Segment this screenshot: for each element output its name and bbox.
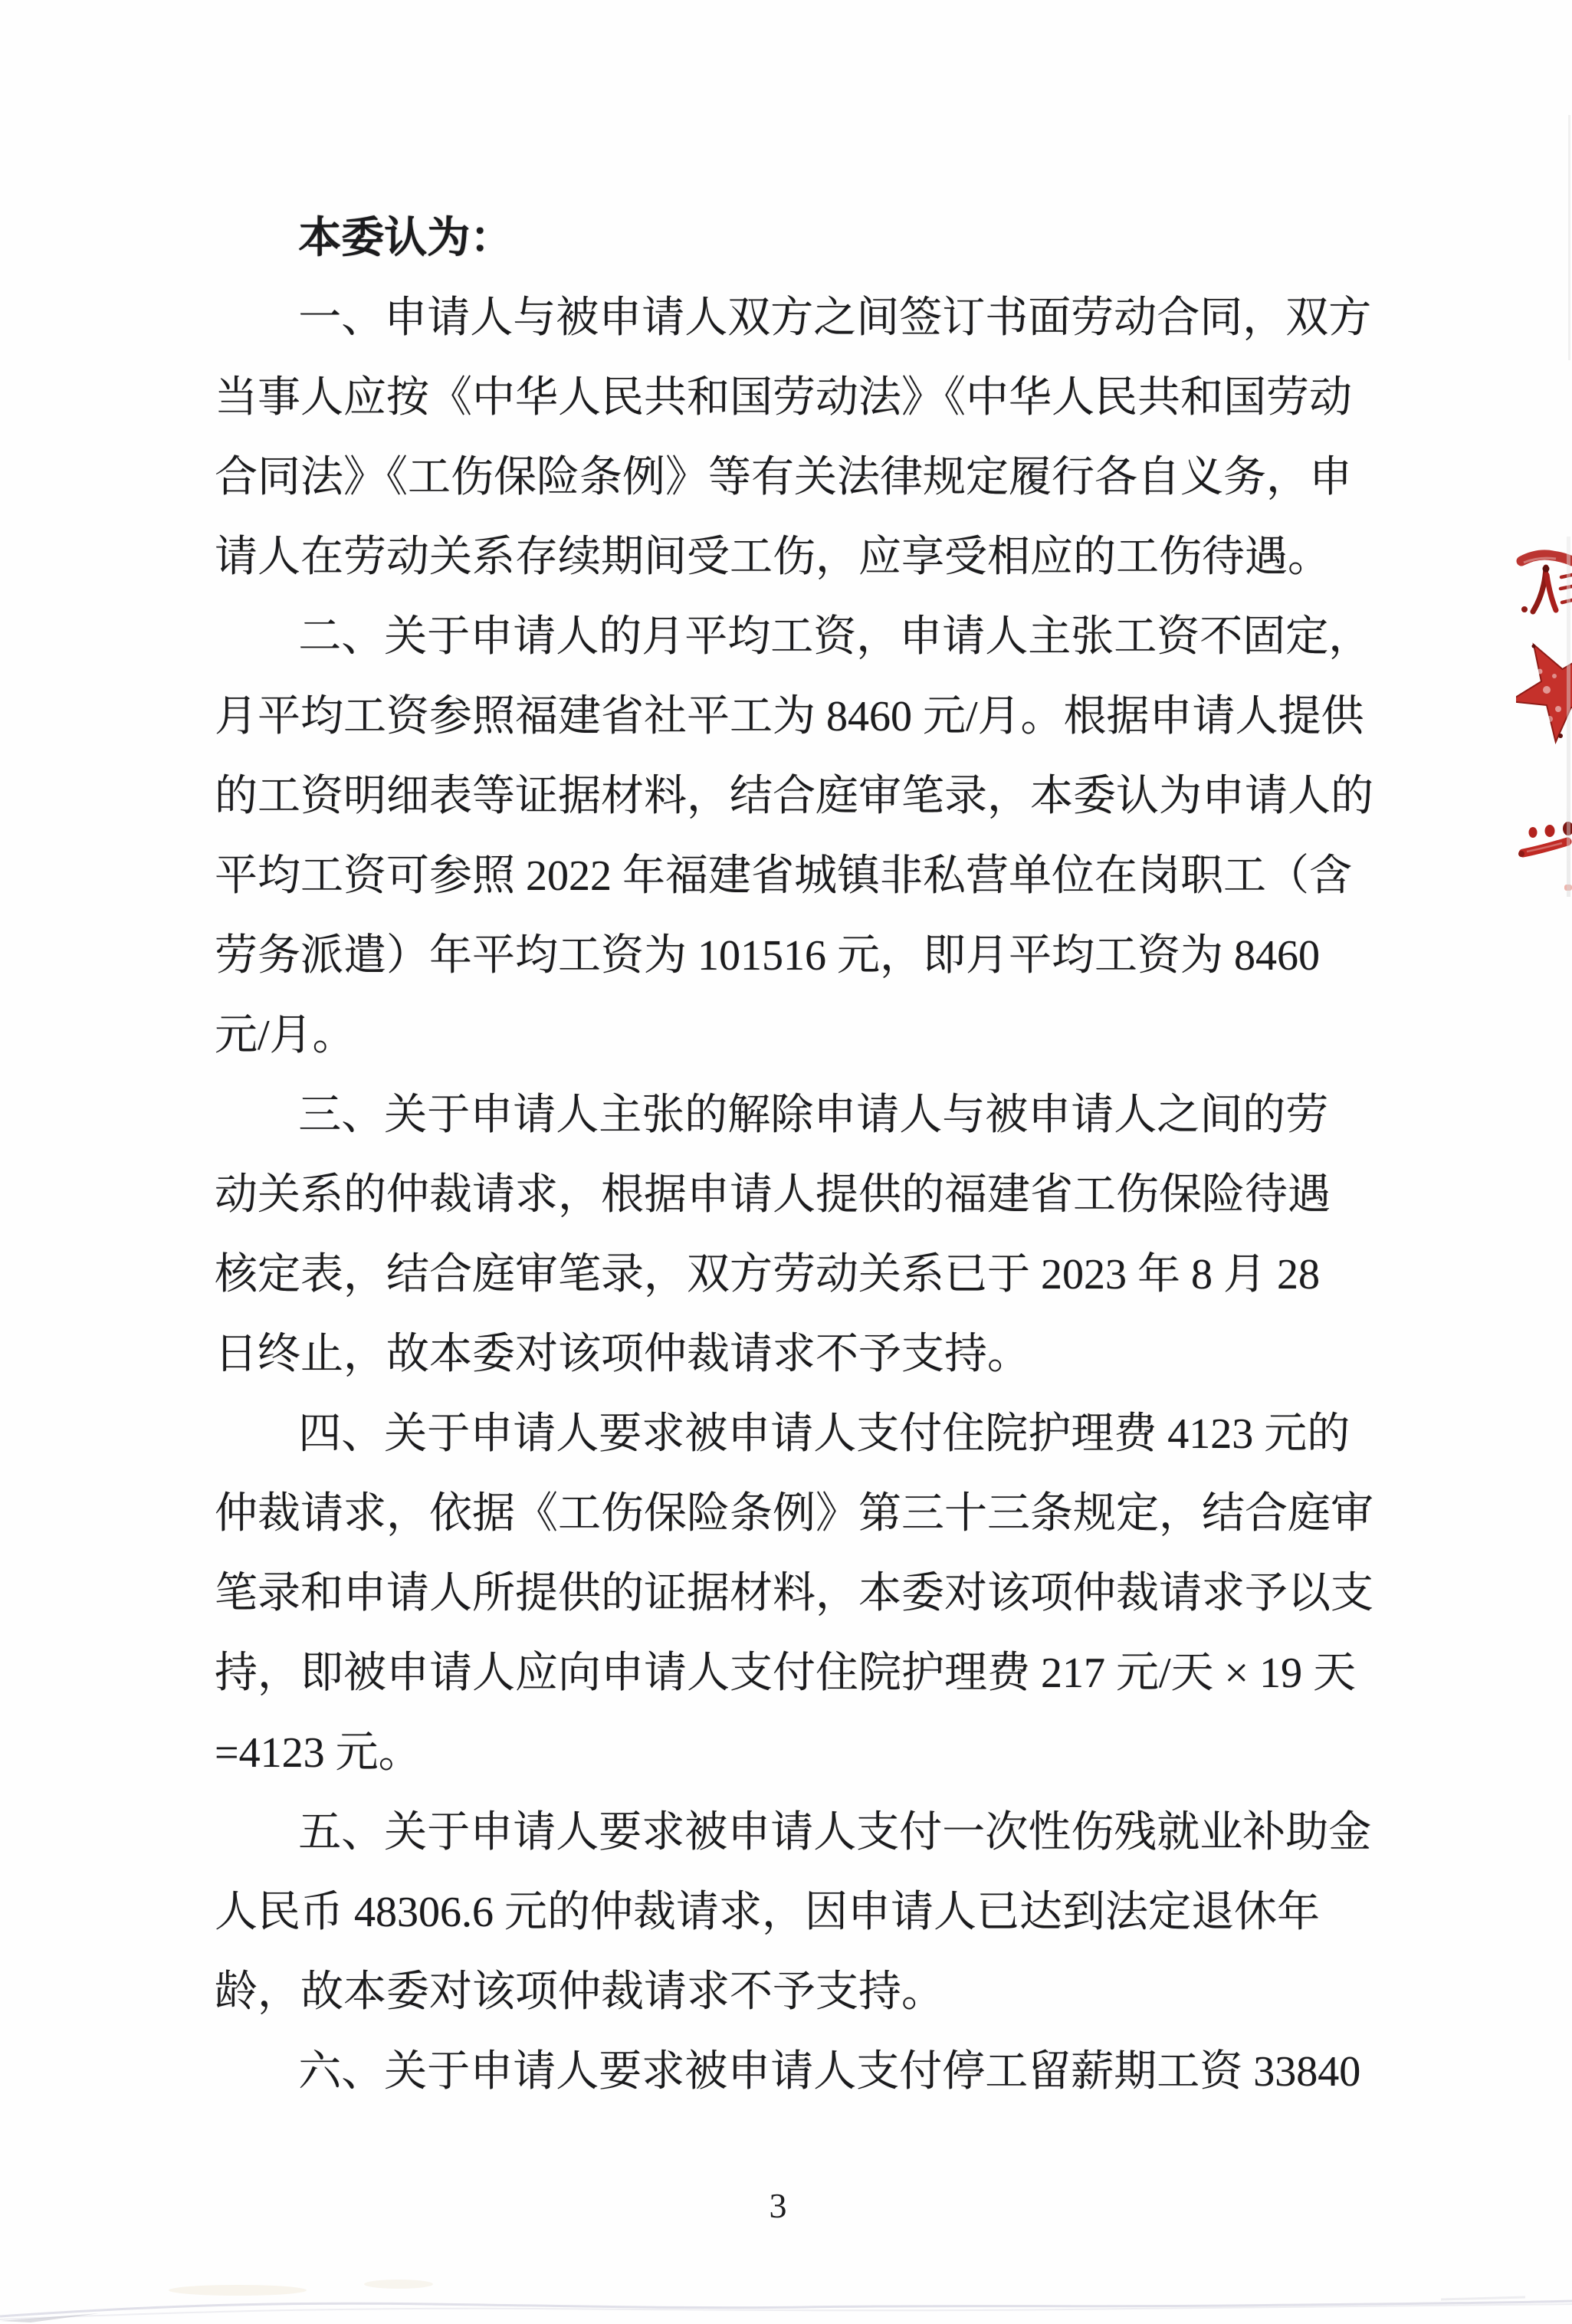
body-text: 本委认为： 一、申请人与被申请人双方之间签订书面劳动合同，双方 当事人应按《中华… [215,199,1380,2112]
text-line: 三、关于申请人主张的解除申请人与被申请人之间的劳 [215,1075,1380,1155]
text-line: 龄，故本委对该项仲裁请求不予支持。 [215,1952,1380,2032]
text-line: 一、申请人与被申请人双方之间签订书面劳动合同，双方 [215,278,1380,358]
text-line: 人民币 48306.6 元的仲裁请求，因申请人已达到法定退休年 [215,1873,1380,1952]
text-line: 日终止，故本委对该项仲裁请求不予支持。 [215,1315,1380,1394]
scan-edge-shading [1568,115,1570,360]
text-line: 六、关于申请人要求被申请人支付停工留薪期工资 33840 [215,2032,1380,2112]
text-line: 平均工资可参照 2022 年福建省城镇非私营单位在岗职工（含 [215,836,1380,916]
scan-edge-shading [1567,537,1570,897]
text-line: 核定表，结合庭审笔录，双方劳动关系已于 2023 年 8 月 28 [215,1235,1380,1315]
text-line: 月平均工资参照福建省社平工为 8460 元/月。根据申请人提供 [215,677,1380,757]
scan-bottom-edge [0,2261,1572,2324]
page-number: 3 [0,2185,1556,2226]
text-line: 元/月。 [215,996,1380,1075]
text-line: 合同法》《工伤保险条例》等有关法律规定履行各自义务，申 [215,438,1380,517]
text-line: 仲裁请求，依据《工伤保险条例》第三十三条规定，结合庭审 [215,1474,1380,1554]
text-line: 笔录和申请人所提供的证据材料，本委对该项仲裁请求予以支 [215,1554,1380,1633]
text-line: 五、关于申请人要求被申请人支付一次性伤残就业补助金 [215,1793,1380,1873]
text-line: 动关系的仲裁请求，根据申请人提供的福建省工伤保险待遇 [215,1155,1380,1235]
official-seal-fragment-icon [1516,544,1572,904]
scanned-document-page: 本委认为： 一、申请人与被申请人双方之间签订书面劳动合同，双方 当事人应按《中华… [0,0,1572,2324]
text-line: 劳务派遣）年平均工资为 101516 元，即月平均工资为 8460 [215,916,1380,996]
text-line: 四、关于申请人要求被申请人支付住院护理费 4123 元的 [215,1394,1380,1474]
text-line: 请人在劳动关系存续期间受工伤，应享受相应的工伤待遇。 [215,517,1380,597]
section-heading: 本委认为： [215,199,1380,278]
text-line: 持，即被申请人应向申请人支付住院护理费 217 元/天 × 19 天 [215,1633,1380,1713]
text-line: 的工资明细表等证据材料，结合庭审笔录，本委认为申请人的 [215,757,1380,836]
text-line: =4123 元。 [215,1713,1380,1793]
text-line: 二、关于申请人的月平均工资，申请人主张工资不固定， [215,597,1380,677]
text-line: 当事人应按《中华人民共和国劳动法》《中华人民共和国劳动 [215,358,1380,438]
